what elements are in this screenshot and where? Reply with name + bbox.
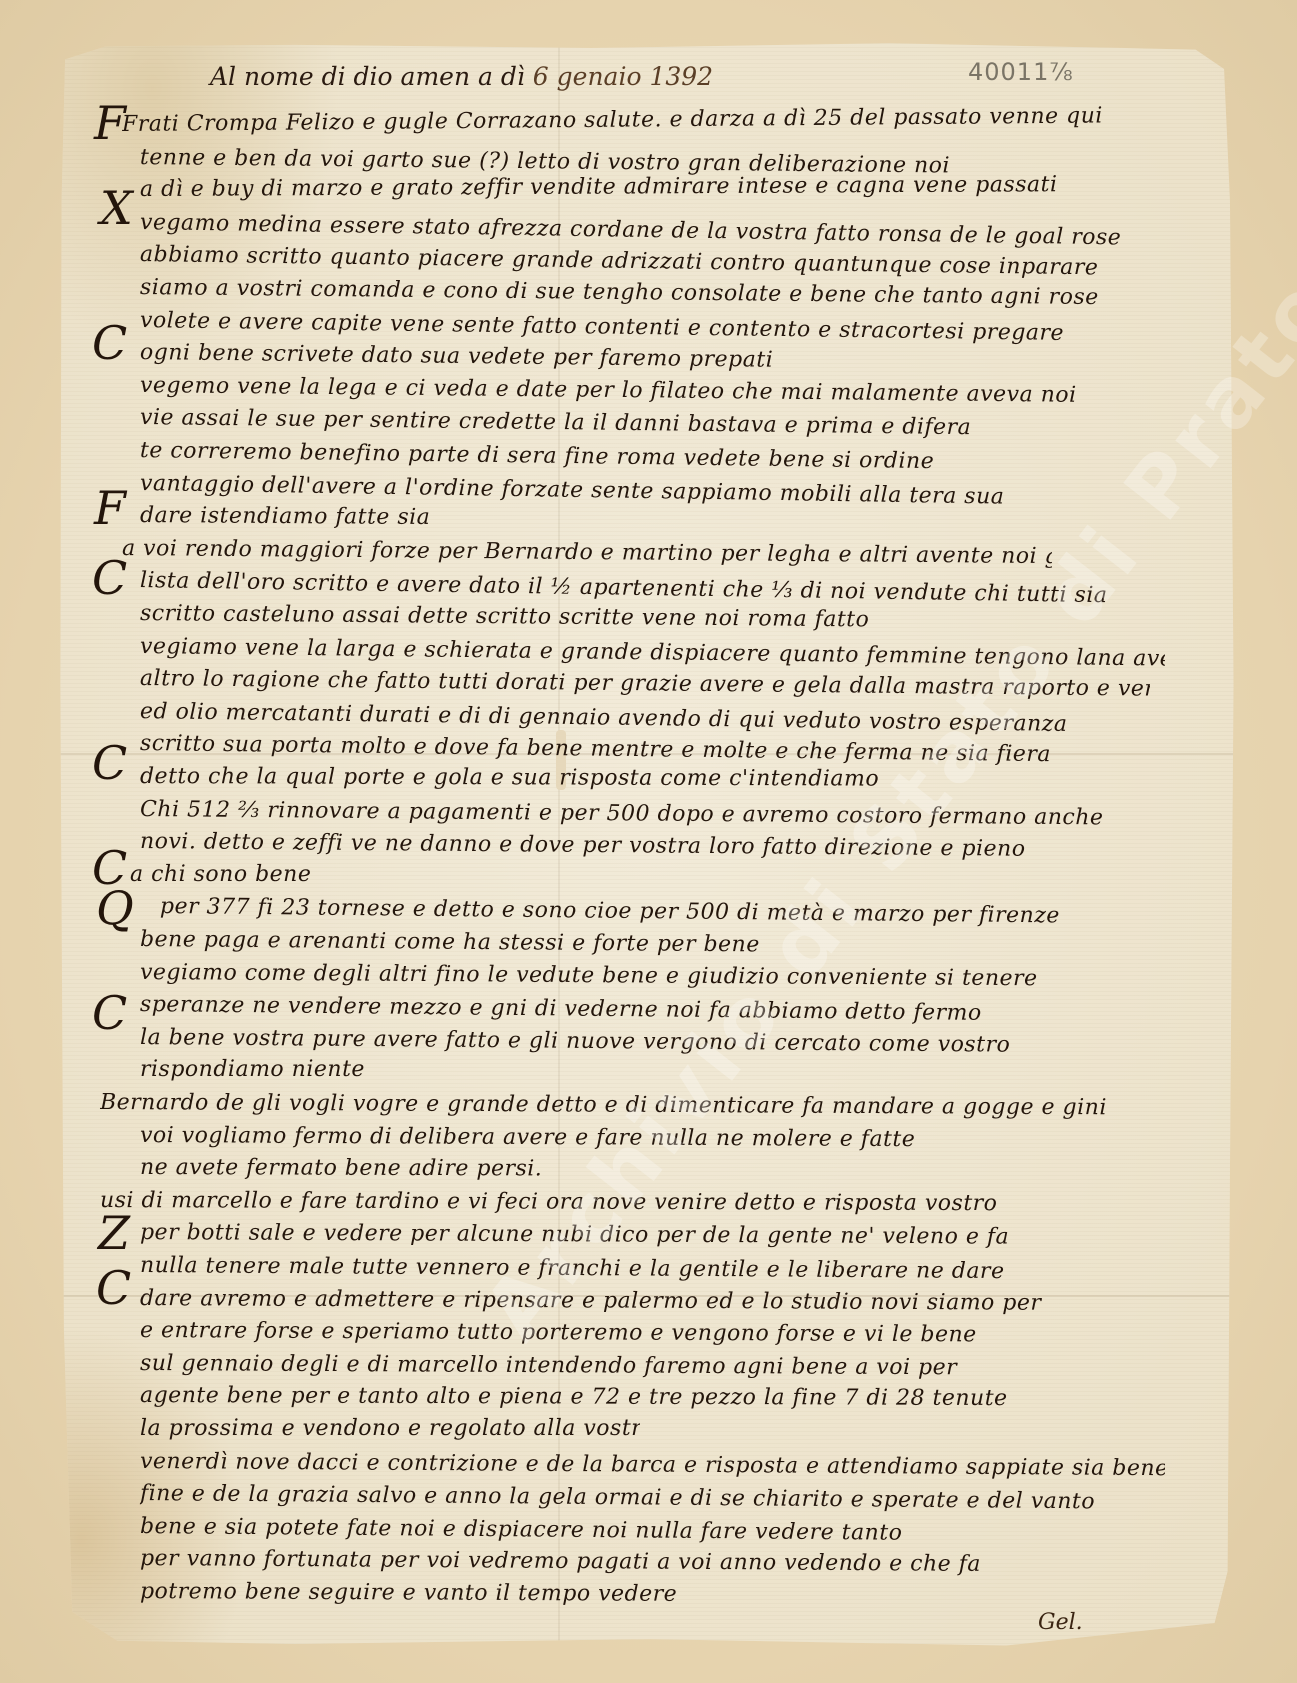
text-line: dare avremo e admettere e ripensare e pa… xyxy=(140,1286,1140,1316)
text-line: la prossima e vendono e regolato alla vo… xyxy=(140,1416,640,1441)
text-line: ne avete fermato bene adire persi. xyxy=(140,1155,660,1182)
text-line: potremo bene seguire e vanto il tempo ve… xyxy=(140,1579,780,1607)
letter-date: 6 genaio 1392 xyxy=(533,62,713,91)
text-line: sul gennaio degli e di marcello intenden… xyxy=(140,1351,1160,1381)
text-line: dare istendiamo fatte sia xyxy=(140,503,560,531)
paragraph-marker: Z xyxy=(98,1210,130,1256)
paragraph-marker: X xyxy=(100,185,133,231)
paragraph-marker: C xyxy=(92,555,127,601)
text-line: detto che la qual porte e gola e sua ris… xyxy=(140,764,1040,792)
paragraph-marker: Q xyxy=(96,885,134,931)
text-line: voi vogliamo fermo di delibera avere e f… xyxy=(140,1123,1150,1153)
paragraph-marker: C xyxy=(92,740,127,786)
invocation: Al nome di dio amen a dì xyxy=(210,62,525,91)
text-line: agente bene per e tanto alto e piena e 7… xyxy=(140,1383,1180,1412)
paragraph-marker: F xyxy=(94,485,126,531)
signature: Gel. xyxy=(1038,1610,1083,1635)
text-line: a chi sono bene xyxy=(130,862,340,887)
paragraph-marker: C xyxy=(92,990,127,1036)
text-line: usi di marcello e fare tardino e vi feci… xyxy=(100,1188,1120,1217)
paragraph-marker: C xyxy=(92,320,127,366)
text-line: rispondiamo niente xyxy=(140,1057,490,1082)
paragraph-marker: C xyxy=(96,1265,131,1311)
letter-heading: Al nome di dio amen a dì 6 genaio 1392 xyxy=(210,62,713,91)
archive-number: 40011⅞ xyxy=(968,58,1074,86)
